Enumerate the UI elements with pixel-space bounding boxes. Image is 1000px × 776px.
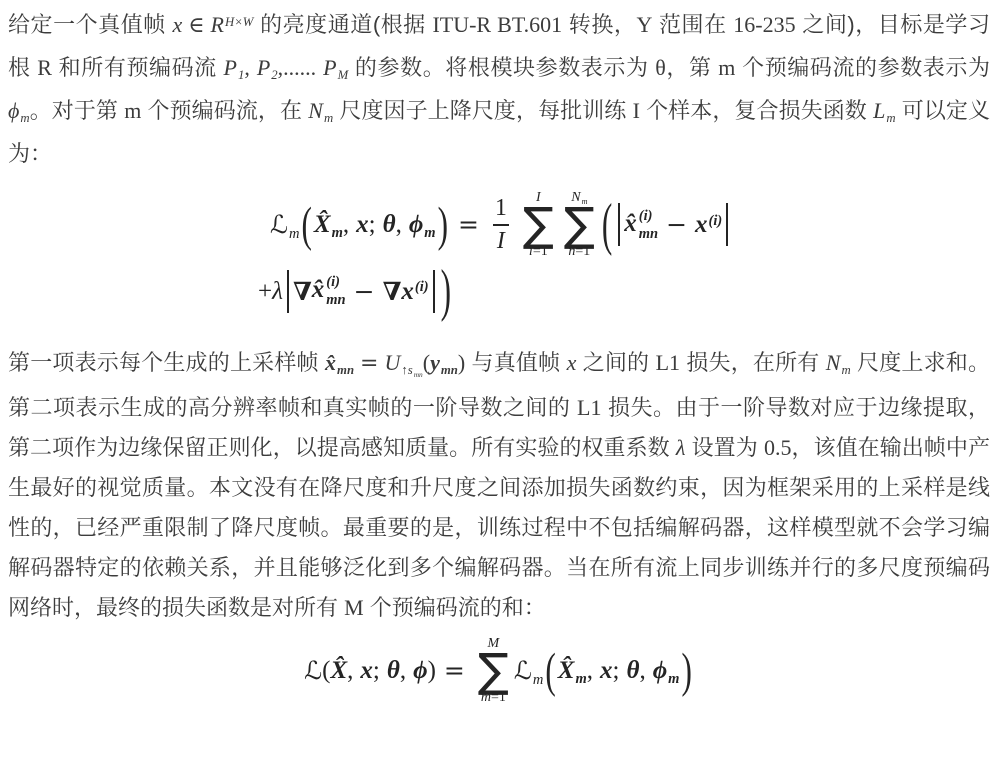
math-token: x̂(i)mn <box>624 207 658 243</box>
subscript: m <box>886 111 895 125</box>
latin-text-run: m <box>718 55 735 80</box>
chinese-text-run: 给定一个真值帧 <box>8 12 172 37</box>
summation: M∑m=1 <box>478 636 509 706</box>
subscript: m <box>20 111 29 125</box>
script-text: mn <box>639 226 658 242</box>
vertical-bar <box>726 203 728 246</box>
math-token: ; <box>369 211 376 239</box>
math-token: ∈ <box>188 13 204 38</box>
chinese-text-run: 与真值帧 <box>465 350 566 375</box>
equation-composite-loss: ℒm(X̂m,x;θ,ϕm)=1II∑i=1Nm∑n=1(x̂(i)mn−x(i… <box>258 190 990 313</box>
math-token: θ <box>655 55 666 80</box>
sigma-icon: ∑ <box>523 206 554 244</box>
math-token: , <box>400 657 406 685</box>
chinese-text-run: ，该值在输出帧中产生最好的视觉质量。本文没有在降尺度和升尺度之间添加损失函数约束… <box>8 435 990 620</box>
subscript: m <box>289 226 299 242</box>
math-token: + <box>258 278 272 306</box>
math-token: X̂m <box>314 211 343 239</box>
latin-text-run: M <box>344 595 364 620</box>
subscript: m <box>582 197 588 206</box>
script-text: m <box>886 111 895 125</box>
sum-lower-limit: m=1 <box>481 690 506 706</box>
big-delimiter: ( <box>545 644 555 697</box>
chinese-text-run: 。对于第 <box>30 98 125 123</box>
math-token: ↑ <box>401 363 407 377</box>
math-token: ∇ <box>293 278 312 306</box>
math-token: X̂ <box>330 657 347 685</box>
chinese-text-run: 和所有预编码流 <box>52 55 224 80</box>
equation-total-loss: ℒ(X̂,x;θ,ϕ)=M∑m=1ℒm(X̂m,x;θ,ϕm) <box>8 636 990 706</box>
script-text: m <box>533 672 543 688</box>
latin-text-run: ITU-R BT.601 <box>432 12 562 37</box>
big-delimiter: ) <box>681 644 691 697</box>
math-token: θ <box>383 211 396 239</box>
script-text: mn <box>326 292 345 308</box>
subscript: m <box>575 671 586 687</box>
math-token: ℒm <box>514 657 544 685</box>
paragraph-explanation: 第一项表示每个生成的上采样帧 x̂mn=U↑smn(ymn) 与真值帧 x 之间… <box>8 343 990 628</box>
chinese-text-run: 之间的 <box>576 350 655 375</box>
script-text: mn <box>337 363 354 377</box>
latin-text-run: 0.5 <box>764 435 792 460</box>
math-token: = <box>444 657 465 685</box>
math-token: ℒm <box>270 211 300 239</box>
subscript: m <box>533 672 543 688</box>
equation-composite-loss-line1: ℒm(X̂m,x;θ,ϕm)=1II∑i=1Nm∑n=1(x̂(i)mn−x(i… <box>258 190 990 260</box>
math-token: x(i) <box>401 278 428 306</box>
math-token: = <box>360 351 378 376</box>
subscript: mn <box>441 363 458 377</box>
summation: Nm∑n=1 <box>564 190 595 260</box>
math-token: − <box>666 211 687 239</box>
latin-text-run: 16-235 <box>733 12 795 37</box>
math-token: x <box>356 211 369 239</box>
script-text: 1 <box>238 68 244 82</box>
math-token: Nm <box>308 98 333 123</box>
math-token: ymn <box>430 350 458 375</box>
math-token: , <box>343 211 349 239</box>
math-token: θ <box>626 657 639 685</box>
subscript: mn <box>639 225 658 243</box>
math-token: = <box>458 211 479 239</box>
math-token: , <box>396 211 402 239</box>
math-token: x <box>600 657 613 685</box>
vertical-bar <box>618 203 620 246</box>
subscript: M <box>338 68 349 82</box>
math-token: , <box>347 657 353 685</box>
vertical-bar <box>433 270 435 313</box>
subscript: mn <box>414 370 423 379</box>
superscript: H×W <box>225 15 253 29</box>
math-token: =1 <box>491 690 506 705</box>
script-text: (i) <box>415 279 429 295</box>
script-text: mn <box>441 363 458 377</box>
chinese-text-run: 个预编码流的和： <box>364 595 546 620</box>
math-token: , <box>587 657 593 685</box>
math-token: X̂m <box>558 657 587 685</box>
sub-sup-stack: (i)mn <box>326 273 345 309</box>
math-token: I <box>497 228 505 254</box>
chinese-text-run: 个样本，复合损失函数 <box>640 98 873 123</box>
math-token: x <box>360 657 373 685</box>
math-token: Lm <box>873 98 895 123</box>
script-text: m <box>841 363 850 377</box>
math-token: ϕ <box>413 657 427 685</box>
math-token: ) <box>428 657 436 685</box>
chinese-text-run: 设置为 <box>685 435 764 460</box>
subscript: mn <box>337 363 354 377</box>
script-text: (i) <box>709 213 723 229</box>
math-token: λ <box>272 278 283 306</box>
subscript: ↑smn <box>401 363 422 377</box>
math-token: x̂(i)mn <box>312 273 346 309</box>
math-token: ; <box>373 657 380 685</box>
subscript: m <box>332 225 343 241</box>
math-token: ,...... <box>278 55 317 80</box>
math-token: U↑smn <box>384 350 422 375</box>
latin-text-run: m <box>124 98 141 123</box>
script-text: m <box>324 111 333 125</box>
script-text: m <box>575 671 586 687</box>
numerator: 1 <box>491 193 511 224</box>
chinese-text-run: 个预编码流，在 <box>141 98 308 123</box>
math-token: − <box>354 278 375 306</box>
chinese-text-run: 的参数。将根模块参数表示为 <box>348 55 655 80</box>
math-token: θ <box>387 657 400 685</box>
subscript: m <box>668 671 679 687</box>
paragraph-intro: 给定一个真值帧 x∈RH×W 的亮度通道(根据 ITU-R BT.601 转换，… <box>8 5 990 174</box>
math-token: x <box>567 350 577 375</box>
subscript: m <box>424 225 435 241</box>
big-delimiter: ( <box>602 193 612 257</box>
math-token: =1 <box>533 244 548 259</box>
math-token: ϕm <box>653 657 680 685</box>
script-text: 2 <box>271 68 277 82</box>
math-token: 1 <box>495 195 507 221</box>
script-text: (i) <box>326 274 340 290</box>
latin-text-run: R <box>37 55 52 80</box>
script-text: mn <box>414 370 423 379</box>
big-delimiter: ) <box>438 198 448 251</box>
script-text: m <box>668 671 679 687</box>
math-token: ( <box>423 350 430 375</box>
summation: I∑i=1 <box>523 190 554 260</box>
latin-text-run: I <box>633 98 640 123</box>
superscript: (i) <box>709 213 723 229</box>
chinese-text-run: 范围在 <box>652 12 733 37</box>
document-page: 给定一个真值帧 x∈RH×W 的亮度通道(根据 ITU-R BT.601 转换，… <box>0 0 1000 706</box>
big-delimiter: ) <box>441 260 451 324</box>
math-token: P1 <box>224 55 245 80</box>
vertical-bar <box>287 270 289 313</box>
script-text: m <box>20 111 29 125</box>
math-token: Nm <box>826 350 851 375</box>
math-token: , <box>244 55 250 80</box>
subscript: 2 <box>271 68 277 82</box>
superscript: (i) <box>326 273 340 291</box>
math-token: ∇ <box>383 278 402 306</box>
subscript: m <box>324 111 333 125</box>
sigma-icon: ∑ <box>478 652 509 690</box>
math-token: =1 <box>575 244 590 259</box>
latin-text-run: L1 <box>577 395 601 420</box>
math-token: PM <box>323 55 348 80</box>
math-token: λ <box>676 435 686 460</box>
chinese-text-run: ，第 <box>666 55 718 80</box>
script-text: H×W <box>225 15 253 29</box>
sum-lower-limit: n=1 <box>568 244 590 260</box>
script-text: m <box>582 197 588 206</box>
equation-total-loss-line: ℒ(X̂,x;θ,ϕ)=M∑m=1ℒm(X̂m,x;θ,ϕm) <box>8 636 990 706</box>
chinese-text-run: 的亮度通道(根据 <box>253 12 432 37</box>
chinese-text-run: 个预编码流的参数表示为 <box>735 55 990 80</box>
chinese-text-run: 尺度因子上降尺度，每批训练 <box>333 98 632 123</box>
math-token: x(i) <box>695 211 722 239</box>
equation-composite-loss-line2: +λ∇x̂(i)mn−∇x(i)) <box>258 270 990 313</box>
superscript: (i) <box>415 279 429 295</box>
math-token: smn <box>408 363 423 377</box>
fraction: 1I <box>491 193 511 256</box>
chinese-text-run: 转换， <box>562 12 636 37</box>
math-token: x <box>172 12 182 37</box>
big-delimiter: ( <box>302 198 312 251</box>
superscript: (i) <box>639 207 653 225</box>
latin-text-run: Y <box>636 12 652 37</box>
denominator: I <box>493 224 509 257</box>
chinese-text-run: 第一项表示每个生成的上采样帧 <box>8 350 325 375</box>
latin-text-run: L1 <box>656 350 680 375</box>
math-token: ϕm <box>8 98 30 123</box>
math-token: ℒ <box>304 657 322 685</box>
math-token: x̂mn <box>325 350 354 375</box>
script-text: m <box>332 225 343 241</box>
sub-sup-stack: (i)mn <box>639 207 658 243</box>
script-text: (i) <box>639 208 653 224</box>
sigma-icon: ∑ <box>564 206 595 244</box>
sum-lower-limit: i=1 <box>529 244 548 260</box>
math-token: RH×W <box>211 12 254 37</box>
subscript: 1 <box>238 68 244 82</box>
script-text: M <box>338 68 349 82</box>
math-token: ϕm <box>409 211 436 239</box>
math-token: m <box>481 690 491 705</box>
subscript: m <box>841 363 850 377</box>
math-token: ; <box>613 657 620 685</box>
chinese-text-run: 损失，在所有 <box>680 350 826 375</box>
math-token: P2 <box>257 55 278 80</box>
script-text: m <box>424 225 435 241</box>
script-text: m <box>289 226 299 242</box>
subscript: mn <box>326 291 345 309</box>
math-token: , <box>639 657 645 685</box>
